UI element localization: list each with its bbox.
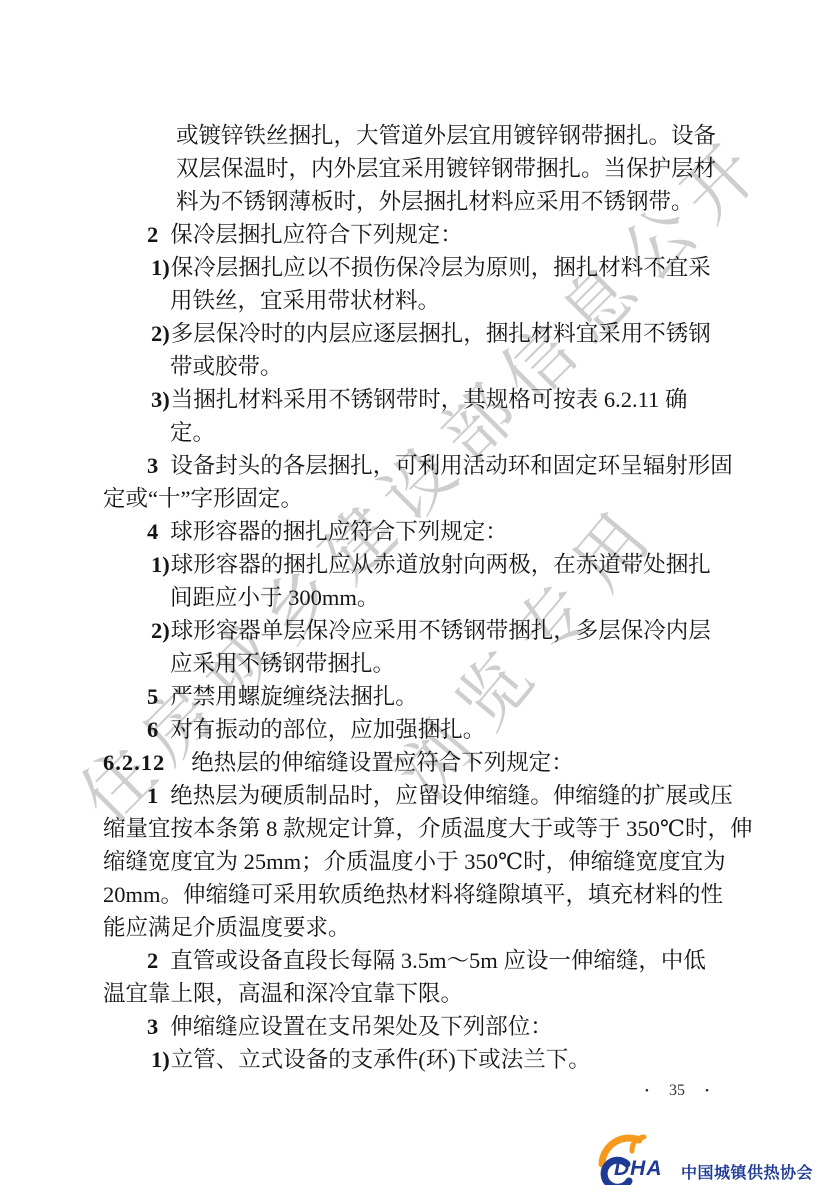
text-line: 定。 (103, 416, 743, 449)
text-line: 2)多层保冷时的内层应逐层捆扎，捆扎材料宜采用不锈钢 (103, 317, 743, 350)
logo-abbr: DHA (614, 1157, 663, 1181)
page-number-value: 35 (669, 1082, 685, 1100)
line-text: 保冷层捆扎应符合下列规定： (170, 222, 463, 247)
text-line: 1)立管、立式设备的支承件(环)下或法兰下。 (103, 1043, 743, 1076)
text-line: 1)球形容器的捆扎应从赤道放射向两极，在赤道带处捆扎 (103, 548, 743, 581)
line-text: 多层保冷时的内层应逐层捆扎，捆扎材料宜采用不锈钢 (171, 321, 711, 346)
line-text: 球形容器的捆扎应符合下列规定： (170, 519, 508, 544)
association-logo: DHA 中国城镇供热协会 (598, 1131, 813, 1187)
logo-org-name: 中国城镇供热协会 (681, 1160, 813, 1183)
line-text: 缩缝宽度宜为 25mm；介质温度小于 350℃时，伸缩缝宽度宜为 (103, 849, 726, 874)
line-text: 应采用不锈钢带捆扎。 (170, 651, 395, 676)
text-line: 3)当捆扎材料采用不锈钢带时，其规格可按表 6.2.11 确 (103, 383, 743, 416)
text-line: 间距应小于 300mm。 (103, 581, 743, 614)
text-line: 能应满足介质温度要求。 (103, 911, 743, 944)
text-line: 20mm。伸缩缝可采用软质绝热材料将缝隙填平，填充材料的性 (103, 878, 743, 911)
line-text: 能应满足介质温度要求。 (103, 915, 351, 940)
line-text: 20mm。伸缩缝可采用软质绝热材料将缝隙填平，填充材料的性 (103, 882, 723, 907)
text-line: 定或“十”字形固定。 (103, 482, 743, 515)
line-number-prefix: 6.2.12 (103, 750, 165, 775)
line-text: 当捆扎材料采用不锈钢带时，其规格可按表 6.2.11 确 (171, 387, 688, 412)
line-text: 定或“十”字形固定。 (103, 486, 303, 511)
line-number-prefix: 1) (151, 552, 170, 577)
body-text: 或镀锌铁丝捆扎，大管道外层宜用镀锌钢带捆扎。设备双层保温时，内外层宜采用镀锌钢带… (103, 119, 743, 1076)
line-text: 料为不锈钢薄板时，外层捆扎材料应采用不锈钢带。 (176, 189, 694, 214)
text-line: 2保冷层捆扎应符合下列规定： (103, 218, 743, 251)
text-line: 4球形容器的捆扎应符合下列规定： (103, 515, 743, 548)
line-text: 设备封头的各层捆扎，可利用活动环和固定环呈辐射形固 (170, 453, 733, 478)
text-line: 温宜靠上限，高温和深冷宜靠下限。 (103, 977, 743, 1010)
line-number-prefix: 3 (147, 1014, 158, 1039)
page-number-bullet-left: • (645, 1085, 649, 1097)
text-line: 3伸缩缝应设置在支吊架处及下列部位： (103, 1010, 743, 1043)
text-line: 2)球形容器单层保冷应采用不锈钢带捆扎，多层保冷内层 (103, 614, 743, 647)
line-number-prefix: 6 (147, 717, 158, 742)
page-number-bullet-right: • (705, 1085, 709, 1097)
line-number-prefix: 5 (147, 684, 158, 709)
line-number-prefix: 3 (147, 453, 158, 478)
text-line: 1绝热层为硬质制品时，应留设伸缩缝。伸缩缝的扩展或压 (103, 779, 743, 812)
page-number: • 35 • (645, 1080, 709, 1102)
document-page: 住房城乡建设部信息公开 浏览专用 或镀锌铁丝捆扎，大管道外层宜用镀锌钢带捆扎。设… (0, 0, 827, 1199)
text-line: 3设备封头的各层捆扎，可利用活动环和固定环呈辐射形固 (103, 449, 743, 482)
line-text: 立管、立式设备的支承件(环)下或法兰下。 (171, 1047, 591, 1072)
line-number-prefix: 4 (147, 519, 158, 544)
text-line: 6.2.12绝热层的伸缩缝设置应符合下列规定： (103, 746, 743, 779)
line-number-prefix: 1 (147, 783, 158, 808)
line-number-prefix: 1) (151, 1047, 170, 1072)
line-number-prefix: 2 (147, 948, 158, 973)
line-text: 间距应小于 300mm。 (170, 585, 379, 610)
text-line: 应采用不锈钢带捆扎。 (103, 647, 743, 680)
line-number-prefix: 2) (151, 321, 170, 346)
line-number-prefix: 2) (151, 618, 170, 643)
line-text: 球形容器单层保冷应采用不锈钢带捆扎，多层保冷内层 (171, 618, 711, 643)
line-text: 绝热层为硬质制品时，应留设伸缩缝。伸缩缝的扩展或压 (170, 783, 733, 808)
text-line: 6对有振动的部位，应加强捆扎。 (103, 713, 743, 746)
text-line: 带或胶带。 (103, 350, 743, 383)
line-text: 伸缩缝应设置在支吊架处及下列部位： (170, 1014, 553, 1039)
text-line: 缩量宜按本条第 8 款规定计算，介质温度大于或等于 350℃时，伸 (103, 812, 743, 845)
line-number-prefix: 3) (151, 387, 170, 412)
line-text: 球形容器的捆扎应从赤道放射向两极，在赤道带处捆扎 (171, 552, 711, 577)
text-line: 双层保温时，内外层宜采用镀锌钢带捆扎。当保护层材 (103, 152, 743, 185)
line-text: 直管或设备直段长每隔 3.5m～5m 应设一伸缩缝，中低 (170, 948, 706, 973)
text-line: 或镀锌铁丝捆扎，大管道外层宜用镀锌钢带捆扎。设备 (103, 119, 743, 152)
text-line: 1)保冷层捆扎应以不损伤保冷层为原则，捆扎材料不宜采 (103, 251, 743, 284)
line-text: 对有振动的部位，应加强捆扎。 (170, 717, 485, 742)
line-text: 缩量宜按本条第 8 款规定计算，介质温度大于或等于 350℃时，伸 (103, 816, 753, 841)
line-text: 带或胶带。 (170, 354, 283, 379)
line-text: 温宜靠上限，高温和深冷宜靠下限。 (103, 981, 463, 1006)
line-text: 保冷层捆扎应以不损伤保冷层为原则，捆扎材料不宜采 (171, 255, 711, 280)
line-text: 严禁用螺旋缠绕法捆扎。 (170, 684, 418, 709)
line-text: 绝热层的伸缩缝设置应符合下列规定： (191, 750, 574, 775)
line-text: 定。 (170, 420, 215, 445)
line-number-prefix: 1) (151, 255, 170, 280)
text-line: 用铁丝，宜采用带状材料。 (103, 284, 743, 317)
line-number-prefix: 2 (147, 222, 158, 247)
text-line: 5严禁用螺旋缠绕法捆扎。 (103, 680, 743, 713)
text-line: 缩缝宽度宜为 25mm；介质温度小于 350℃时，伸缩缝宽度宜为 (103, 845, 743, 878)
text-line: 料为不锈钢薄板时，外层捆扎材料应采用不锈钢带。 (103, 185, 743, 218)
line-text: 双层保温时，内外层宜采用镀锌钢带捆扎。当保护层材 (176, 156, 716, 181)
text-line: 2直管或设备直段长每隔 3.5m～5m 应设一伸缩缝，中低 (103, 944, 743, 977)
line-text: 或镀锌铁丝捆扎，大管道外层宜用镀锌钢带捆扎。设备 (176, 123, 716, 148)
line-text: 用铁丝，宜采用带状材料。 (170, 288, 440, 313)
